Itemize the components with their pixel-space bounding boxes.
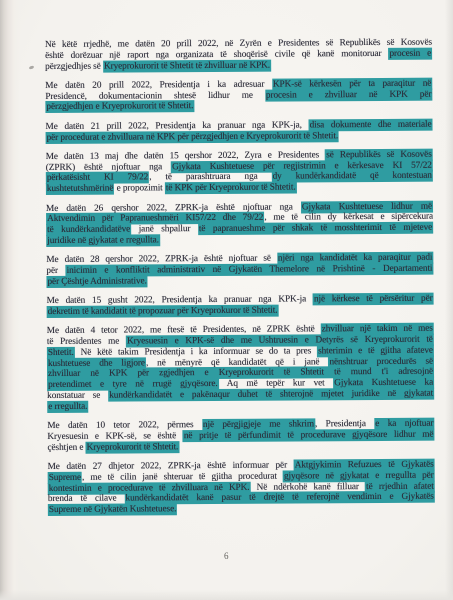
text-segment: Me datën 20 prill 2022, Presidentja i ka… xyxy=(45,80,272,91)
text-line: dekretim të kandidatit të propozuar për … xyxy=(47,305,434,318)
highlighted-text: të KPK për Kryeprokuror të Shtetit. xyxy=(165,182,297,195)
text-line: juridike në gjykatat e rregullta. xyxy=(46,234,433,247)
highlighted-text: procesin e zhvilluar në KPK për xyxy=(265,88,433,101)
text-line: konstatuar se kundërkandidatët e pakënaq… xyxy=(47,389,434,402)
scanned-document-page: Në këtë rrjedhë, me datën 20 prill 2022,… xyxy=(0,0,453,600)
text-segment: çështjen e xyxy=(47,442,85,452)
text-line: për Çështje Administrative. xyxy=(46,274,433,287)
highlighted-text: dekretim të kandidatit të propozuar për … xyxy=(47,305,279,318)
document-paragraph: Me datën 4 tetor 2022, me ftesë të Presi… xyxy=(47,324,435,413)
highlighted-text: Supreme në Gjykatën Kushtetuese. xyxy=(48,503,178,516)
highlighted-text: një kërkese të përsëritur për xyxy=(313,293,434,306)
document-paragraph: Me datën 28 qershor 2022, ZPRK-ja është … xyxy=(46,253,433,288)
text-line: përzgjedhjes së Kryeprokurorit të Shteti… xyxy=(45,59,432,72)
text-line: kushtetutshmërinë e propozimit të KPK pë… xyxy=(46,182,433,195)
highlighted-text: të papranueshme për shkak të mosshterimi… xyxy=(198,222,433,235)
highlighted-text: në pritje të përfundimit të procedurave … xyxy=(183,429,435,443)
text-segment: përzgjedhjes së xyxy=(45,61,103,71)
text-segment: Me datën 27 dhjetor 2022, ZPRK-ja është … xyxy=(48,460,294,472)
highlighted-text: për Çështje Administrative. xyxy=(46,275,147,288)
text-segment: për xyxy=(46,266,65,276)
document-body: Në këtë rrjedhë, me datën 20 prill 2022,… xyxy=(45,38,435,516)
document-paragraph: Me datën 20 prill 2022, Presidentja i ka… xyxy=(45,79,432,114)
text-line: çështjen e Kryeprokurorit të Shtetit. xyxy=(47,440,434,453)
text-segment: Kryesuesin e KPK-së, se është xyxy=(47,431,182,442)
document-paragraph: Me datën 15 gusht 2022, Presidentja ka p… xyxy=(47,294,434,318)
text-segment: të Presidentes me xyxy=(47,337,126,347)
scan-bottom-edge-shadow xyxy=(0,590,453,600)
highlighted-text: kushtetutshmërinë xyxy=(46,183,115,195)
document-paragraph: Me datën 21 prill 2022, Presidentja ka p… xyxy=(45,119,432,143)
highlighted-text: e rregullta. xyxy=(47,401,88,413)
highlighted-text: për procedurat e zhvilluara në KPK për p… xyxy=(46,130,340,144)
text-line: përzgjedhjen e Kryeprokurorit të Shtetit… xyxy=(45,100,432,113)
text-segment: , me të cilin janë shteruar të gjitha pr… xyxy=(82,471,283,482)
highlighted-text: Kryeprokurorit të Shtetit. xyxy=(86,441,180,454)
scan-right-edge-shadow xyxy=(445,0,453,600)
highlighted-text: Kryeprokurorit të Shtetit të zhvilluar n… xyxy=(103,59,271,72)
text-segment: (ZPRK) është njoftuar nga xyxy=(46,162,171,173)
document-paragraph: Me datën 13 maj dhe datën 15 qershor 202… xyxy=(46,150,433,196)
text-segment: janë shpallur xyxy=(131,224,198,234)
document-paragraph: Me datën 26 qershor 2022, ZPRK-ja është … xyxy=(46,201,433,247)
highlighted-text: procesin e xyxy=(388,47,432,59)
document-paragraph: Me datën 10 tetor 2022, përmes një përgj… xyxy=(47,419,434,454)
highlighted-text: kundërkandidatët e pakënaqur duhet të sh… xyxy=(108,388,434,402)
text-segment: e propozimit xyxy=(114,184,165,194)
text-segment: konstatuar se xyxy=(47,391,108,401)
highlighted-text: disa dokumente dhe materiale xyxy=(309,118,433,131)
text-line: për procedurat e zhvilluara në KPK për p… xyxy=(46,130,433,143)
text-segment: Në këtë takim Presidentja i ka informuar… xyxy=(75,346,317,357)
text-segment: Me datën 10 tetor 2022, përmes xyxy=(47,420,202,431)
page-number: 6 xyxy=(0,551,453,561)
highlighted-text: përzgjedhjen e Kryeprokurorit të Shtetit… xyxy=(45,101,194,114)
margin-speck xyxy=(29,65,35,70)
document-paragraph: Me datën 27 dhjetor 2022, ZPRK-ja është … xyxy=(48,460,435,516)
scan-left-edge-shadow xyxy=(0,0,20,600)
document-paragraph: Në këtë rrjedhë, me datën 20 prill 2022,… xyxy=(45,38,432,73)
highlighted-text: juridike në gjykatat e rregullta. xyxy=(46,234,160,247)
text-line: Supreme në Gjykatën Kushtetuese. xyxy=(48,503,435,516)
text-segment: , Presidentja xyxy=(315,419,374,429)
